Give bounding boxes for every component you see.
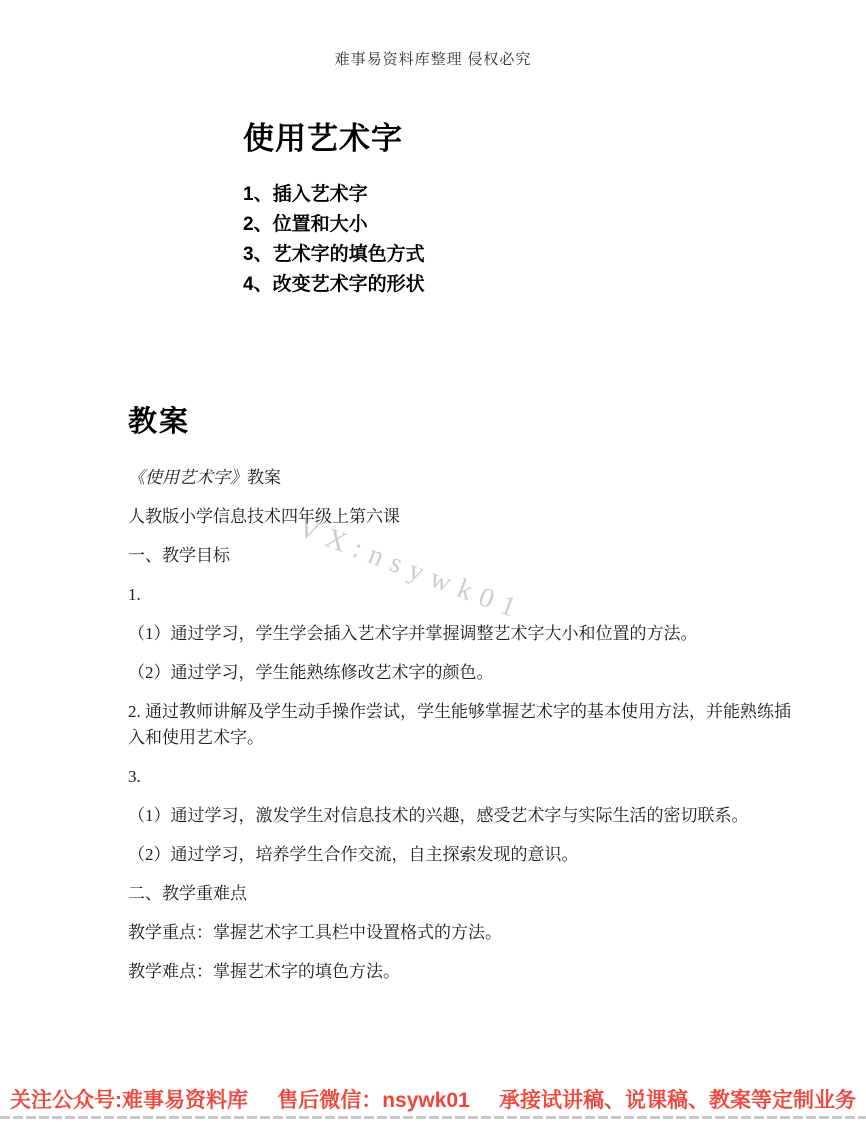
promo-banner-segment: 承接试讲稿、说课稿、教案等定制业务 bbox=[499, 1084, 856, 1114]
slide-outline-item: 3、艺术字的填色方式 bbox=[243, 240, 425, 270]
bottom-dashed-strip bbox=[0, 1116, 866, 1119]
paragraph: （1）通过学习，激发学生对信息技术的兴趣，感受艺术字与实际生活的密切联系。 bbox=[128, 803, 793, 829]
course-info: 人教版小学信息技术四年级上第六课 bbox=[128, 504, 793, 530]
promo-banner-segment: 售后微信：nsywk01 bbox=[277, 1084, 470, 1114]
paragraph: 一、教学目标 bbox=[128, 543, 793, 569]
slide-outline-list: 1、插入艺术字 2、位置和大小 3、艺术字的填色方式 4、改变艺术字的形状 bbox=[243, 180, 425, 300]
lesson-title-book: 《使用艺术字》 bbox=[128, 468, 247, 487]
promo-banner-segment: 关注公众号:难事易资料库 bbox=[10, 1084, 248, 1114]
page-header-disclaimer: 难事易资料库整理 侵权必究 bbox=[0, 48, 866, 69]
paragraph: 1. bbox=[128, 582, 793, 608]
paragraph: （2）通过学习，学生能熟练修改艺术字的颜色。 bbox=[128, 660, 793, 686]
slide-outline-item: 2、位置和大小 bbox=[243, 210, 425, 240]
paragraph: （1）通过学习，学生学会插入艺术字并掌握调整艺术字大小和位置的方法。 bbox=[128, 621, 793, 647]
lesson-plan-subtitle: 《使用艺术字》教案 bbox=[128, 465, 793, 491]
lesson-title-rest: 教案 bbox=[247, 468, 281, 487]
paragraph: 教学难点：掌握艺术字的填色方法。 bbox=[128, 959, 793, 985]
paragraph: 3. bbox=[128, 764, 793, 790]
lesson-plan-heading: 教案 bbox=[128, 405, 793, 439]
document-page: 难事易资料库整理 侵权必究 使用艺术字 1、插入艺术字 2、位置和大小 3、艺术… bbox=[0, 0, 866, 1122]
paragraph: （2）通过学习，培养学生合作交流，自主探索发现的意识。 bbox=[128, 842, 793, 868]
slide-title: 使用艺术字 bbox=[243, 120, 425, 158]
promo-banner: 关注公众号:难事易资料库 售后微信：nsywk01 承接试讲稿、说课稿、教案等定… bbox=[10, 1084, 856, 1114]
paragraph: 2. 通过教师讲解及学生动手操作尝试，学生能够掌握艺术字的基本使用方法，并能熟练… bbox=[128, 699, 793, 751]
slide-outline-item: 4、改变艺术字的形状 bbox=[243, 270, 425, 300]
paragraph: 教学重点：掌握艺术字工具栏中设置格式的方法。 bbox=[128, 920, 793, 946]
slide-title-block: 使用艺术字 1、插入艺术字 2、位置和大小 3、艺术字的填色方式 4、改变艺术字… bbox=[243, 120, 425, 300]
slide-outline-item: 1、插入艺术字 bbox=[243, 180, 425, 210]
lesson-plan-body: 教案 《使用艺术字》教案 人教版小学信息技术四年级上第六课 一、教学目标 1. … bbox=[128, 405, 793, 998]
paragraph: 二、教学重难点 bbox=[128, 881, 793, 907]
